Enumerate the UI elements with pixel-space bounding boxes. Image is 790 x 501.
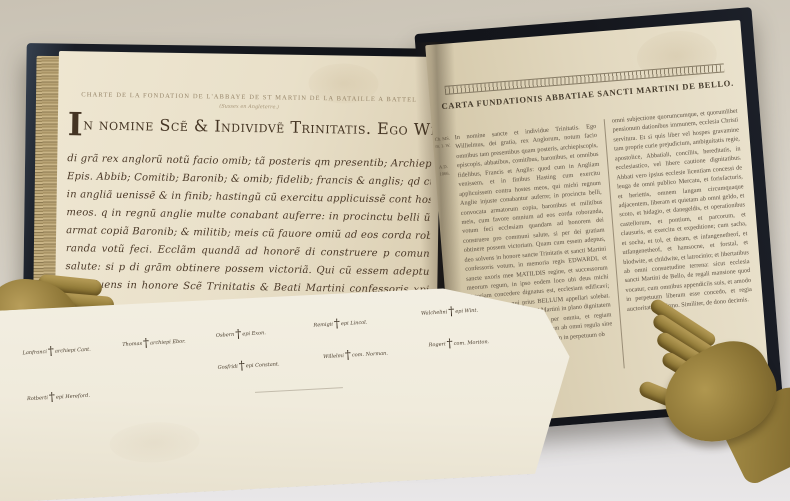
witness-signature: Rotberti†epi Hereford. — [26, 382, 90, 405]
witness-signature: Willelmi†com. Norman. — [322, 340, 388, 363]
margin-note: A.D. — [439, 164, 448, 170]
charter-line-1-text: n nomine Scẽ & Individvẽ Trinitatis. Ego… — [83, 114, 459, 139]
folded-facsimile-plate: Lanfranci†archiepi Cant. Thomas†archiepi… — [0, 280, 576, 501]
witness-signature: Rogeri†com. Moriton. — [428, 328, 490, 351]
witness-signature: Walchelini†epi Wint. — [420, 297, 478, 320]
margin-note: 1066. — [439, 171, 449, 177]
witness-signature: Thomas†archiepi Ebor. — [122, 328, 186, 351]
witness-signature: Lanfranci†archiepi Cant. — [22, 336, 91, 360]
charter-initial-letter: I — [68, 105, 84, 143]
witness-signature: Remigii†epi Lincol. — [313, 309, 368, 332]
margin-note: m. 1. W. — [435, 143, 450, 149]
charter-line-1: In nomine Scẽ & Individvẽ Trinitatis. Eg… — [67, 111, 432, 153]
faint-pencil-line — [255, 387, 343, 393]
witness-signature: Osbern†epi Exon. — [215, 319, 266, 342]
plate-stain — [109, 420, 201, 465]
photo-open-antique-book: CHARTE DE LA FONDATION DE L'ABBAYE DE ST… — [0, 0, 790, 501]
witness-signature: Gosfridi†epi Constant. — [217, 350, 280, 373]
margin-note: Ch. MS. — [435, 136, 450, 142]
